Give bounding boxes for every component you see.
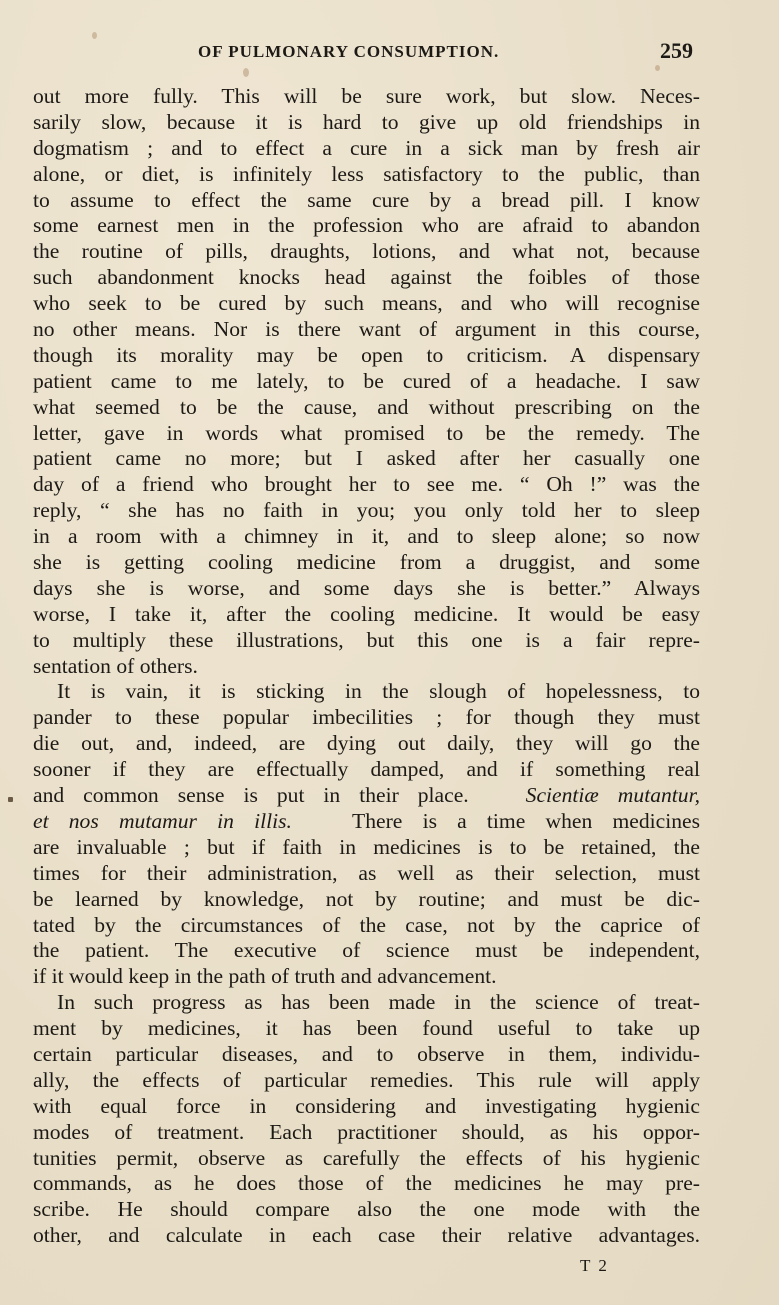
text-line: the routine of pills, draughts, lotions,… xyxy=(33,239,700,265)
text-line: with equal force in considering and inve… xyxy=(33,1094,700,1120)
text-line: she is getting cooling medicine from a d… xyxy=(33,550,700,576)
text-line-with-latin: and common sense is put in their place. … xyxy=(33,783,700,809)
text-line: what seemed to be the cause, and without… xyxy=(33,395,700,421)
paper-stain xyxy=(243,68,249,77)
text-line-with-latin: et nos mutamur in illis. There is a time… xyxy=(33,809,700,835)
text-line: sooner if they are effectually damped, a… xyxy=(33,757,700,783)
page-header: OF PULMONARY CONSUMPTION. 259 xyxy=(0,36,779,66)
text-line: in a room with a chimney in it, and to s… xyxy=(33,524,700,550)
text-line: who seek to be cured by such means, and … xyxy=(33,291,700,317)
text-segment: and common sense is put in their place. xyxy=(33,783,469,807)
text-line: sarily slow, because it is hard to give … xyxy=(33,110,700,136)
text-line: ment by medicines, it has been found use… xyxy=(33,1016,700,1042)
text-line: such abandonment knocks head against the… xyxy=(33,265,700,291)
text-line: times for their administration, as well … xyxy=(33,861,700,887)
latin-phrase: Scientiæ mutantur, xyxy=(526,783,700,807)
text-line: reply, “ she has no faith in you; you on… xyxy=(33,498,700,524)
book-page: OF PULMONARY CONSUMPTION. 259 out more f… xyxy=(0,0,779,1305)
text-line: ally, the effects of particular remedies… xyxy=(33,1068,700,1094)
text-line: days she is worse, and some days she is … xyxy=(33,576,700,602)
text-line: commands, as he does those of the medici… xyxy=(33,1171,700,1197)
text-line: be learned by knowledge, not by routine;… xyxy=(33,887,700,913)
body-text: out more fully. This will be sure work, … xyxy=(33,84,700,1249)
text-line: dogmatism ; and to effect a cure in a si… xyxy=(33,136,700,162)
text-line: worse, I take it, after the cooling medi… xyxy=(33,602,700,628)
page-number: 259 xyxy=(660,38,693,64)
text-line: modes of treatment. Each practitioner sh… xyxy=(33,1120,700,1146)
text-line: if it would keep in the path of truth an… xyxy=(33,964,700,990)
paragraph-start-line: It is vain, it is sticking in the slough… xyxy=(33,679,700,705)
text-line: to multiply these illustrations, but thi… xyxy=(33,628,700,654)
text-line: out more fully. This will be sure work, … xyxy=(33,84,700,110)
text-line: the patient. The executive of science mu… xyxy=(33,938,700,964)
text-line: tated by the circumstances of the case, … xyxy=(33,913,700,939)
text-line: are invaluable ; but if faith in medicin… xyxy=(33,835,700,861)
text-line: patient came no more; but I asked after … xyxy=(33,446,700,472)
text-line: to assume to effect the same cure by a b… xyxy=(33,188,700,214)
signature-mark: T 2 xyxy=(580,1256,609,1276)
text-line: some earnest men in the profession who a… xyxy=(33,213,700,239)
text-line: though its morality may be open to criti… xyxy=(33,343,700,369)
text-line: sentation of others. xyxy=(33,654,700,680)
running-title: OF PULMONARY CONSUMPTION. xyxy=(198,42,499,62)
text-segment: There is a time when medicines xyxy=(352,809,700,833)
text-line: scribe. He should compare also the one m… xyxy=(33,1197,700,1223)
paragraph-start-line: In such progress as has been made in the… xyxy=(33,990,700,1016)
text-line: tunities permit, observe as carefully th… xyxy=(33,1146,700,1172)
text-line: certain particular diseases, and to obse… xyxy=(33,1042,700,1068)
text-line: pander to these popular imbecilities ; f… xyxy=(33,705,700,731)
text-line: patient came to me lately, to be cured o… xyxy=(33,369,700,395)
margin-mark xyxy=(8,797,13,802)
text-line: other, and calculate in each case their … xyxy=(33,1223,700,1249)
text-line: letter, gave in words what promised to b… xyxy=(33,421,700,447)
text-line: die out, and, indeed, are dying out dail… xyxy=(33,731,700,757)
text-line: day of a friend who brought her to see m… xyxy=(33,472,700,498)
latin-phrase: et nos mutamur in illis. xyxy=(33,809,292,833)
text-line: no other means. Nor is there want of arg… xyxy=(33,317,700,343)
text-line: alone, or diet, is infinitely less satis… xyxy=(33,162,700,188)
